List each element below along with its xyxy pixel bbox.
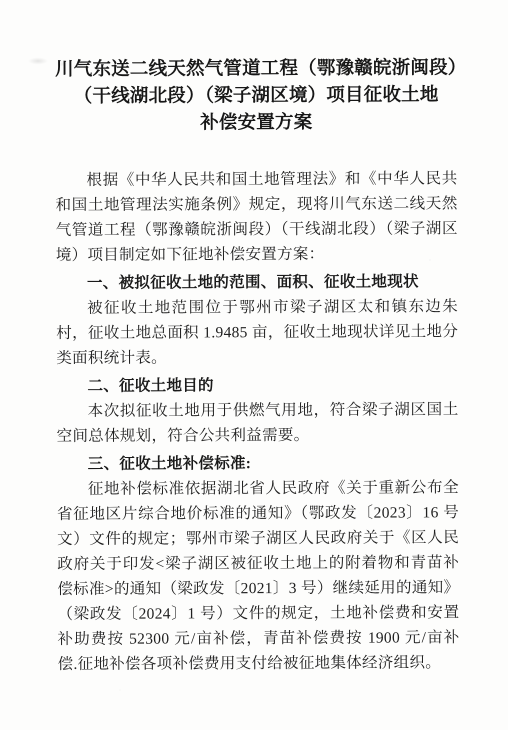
intro-paragraph: 根据《中华人民共和国土地管理法》和《中华人民共和国土地管理法实施条例》规定，现将… (55, 166, 457, 268)
section-1-paragraph: 被征收土地范围位于鄂州市梁子湖区太和镇东边朱村，征收土地总面积 1.9485 亩… (56, 294, 458, 371)
document-title: 川气东送二线天然气管道工程（鄂豫赣皖浙闽段） （干线湖北段）（梁子湖区境）项目征… (55, 55, 457, 138)
section-2-paragraph: 本次拟征收土地用于供燃气用地，符合梁子湖区国土空间总体规划，符合公共利益需要。 (56, 397, 458, 449)
title-line-2: （干线湖北段）（梁子湖区境）项目征收土地 (55, 82, 457, 111)
section-3-heading: 三、征收土地补偿标准: (57, 450, 459, 477)
title-line-1: 川气东送二线天然气管道工程（鄂豫赣皖浙闽段） (55, 55, 457, 84)
scanned-document-page: 川气东送二线天然气管道工程（鄂豫赣皖浙闽段） （干线湖北段）（梁子湖区境）项目征… (0, 0, 508, 730)
section-2-heading: 二、征收土地目的 (56, 372, 458, 399)
title-line-3: 补偿安置方案 (55, 109, 457, 138)
document-content: 川气东送二线天然气管道工程（鄂豫赣皖浙闽段） （干线湖北段）（梁子湖区境）项目征… (55, 55, 460, 677)
section-3-paragraph: 征地补偿标准依据湖北省人民政府《关于重新公布全省征地区片综合地价标准的通知》（鄂… (57, 475, 460, 677)
section-1-heading: 一、被拟征收土地的范围、面积、征收土地现状 (56, 269, 458, 296)
